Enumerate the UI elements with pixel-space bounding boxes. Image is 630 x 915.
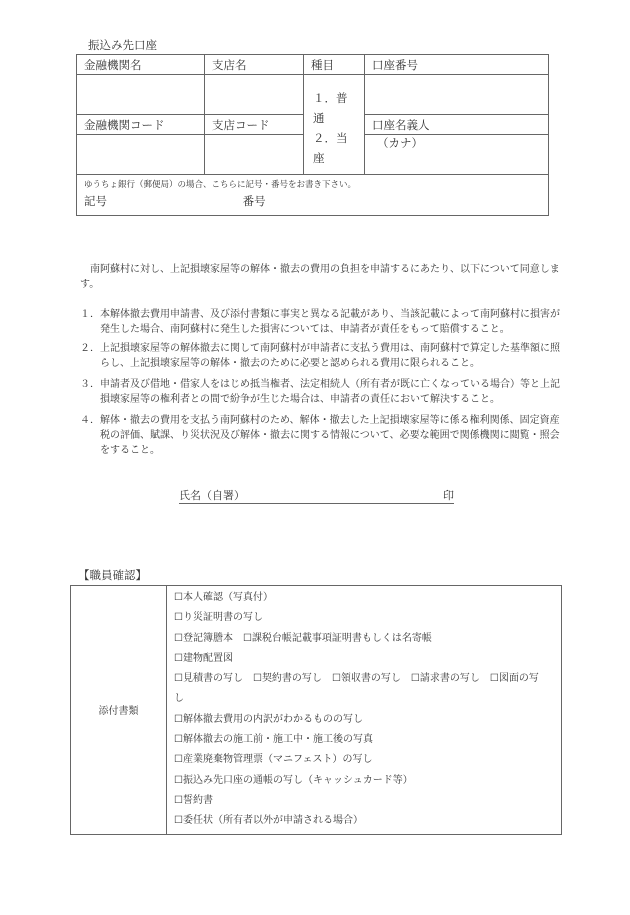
account-type-options[interactable]: １．普通 ２．当座	[304, 75, 365, 175]
signature-label: 氏名（自署）	[179, 487, 245, 503]
checkbox-icon[interactable]: ☐	[174, 612, 183, 623]
yucho-note: ゆうちょ銀行（郵便局）の場合、こちらに記号・番号をお書き下さい。	[84, 175, 541, 190]
check-item-disaster-certificate[interactable]: ☐り災証明書の写し	[174, 608, 561, 628]
clause-number: ４．	[80, 413, 100, 428]
clause-4: ４． 解体・撤去の費用を支払う南阿蘇村のため、解体・撤去した上記損壊家屋等に係る…	[80, 413, 560, 458]
checkbox-icon[interactable]: ☐	[411, 673, 420, 684]
checkbox-icon[interactable]: ☐	[174, 653, 183, 664]
branch-code-header: 支店コード	[205, 115, 304, 135]
attachments-checklist: ☐本人確認（写真付） ☐り災証明書の写し ☐登記簿謄本☐課税台帳記載事項証明書も…	[167, 586, 562, 835]
check-item-building-layout[interactable]: ☐建物配置図	[174, 649, 561, 669]
checkbox-icon[interactable]: ☐	[243, 633, 252, 644]
clause-text: 上記損壊家屋等の解体撤去に関して南阿蘇村が申請者に支払う費用は、南阿蘇村で算定し…	[100, 341, 560, 371]
branch-name-field[interactable]	[205, 75, 304, 115]
clause-1: １． 本解体撤去費用申請書、及び添付書類に事実と異なる記載があり、当該記載によっ…	[80, 307, 560, 337]
checkbox-icon[interactable]: ☐	[490, 673, 499, 684]
check-item-estimates[interactable]: ☐見積書の写し☐契約書の写し☐領収書の写し☐請求書の写し☐図面の写	[174, 669, 561, 689]
check-item-manifest[interactable]: ☐産業廃棄物管理票（マニフェスト）の写し	[174, 750, 561, 770]
clause-2: ２． 上記損壊家屋等の解体撤去に関して南阿蘇村が申請者に支払う費用は、南阿蘇村で…	[80, 341, 560, 371]
attachments-label: 添付書類	[71, 586, 167, 835]
yucho-number-label: 番号	[243, 193, 266, 209]
checkbox-icon[interactable]: ☐	[174, 775, 183, 786]
checkbox-icon[interactable]: ☐	[332, 673, 341, 684]
checkbox-icon[interactable]: ☐	[174, 592, 183, 603]
check-item-cost-breakdown[interactable]: ☐解体撤去費用の内訳がわかるものの写し	[174, 710, 561, 730]
checkbox-icon[interactable]: ☐	[174, 714, 183, 725]
institution-name-header: 金融機関名	[77, 55, 205, 75]
checkbox-icon[interactable]: ☐	[253, 673, 262, 684]
signature-field[interactable]: 氏名（自署） 印	[179, 487, 454, 504]
clause-number: １．	[80, 307, 100, 322]
check-item-wrap-continuation: し	[174, 689, 561, 709]
check-item-pledge[interactable]: ☐誓約書	[174, 791, 561, 811]
clause-3: ３． 申請者及び借地・借家人をはじめ抵当権者、法定相続人（所有者が既に亡くなって…	[80, 377, 560, 407]
check-item-registry[interactable]: ☐登記簿謄本☐課税台帳記載事項証明書もしくは名寄帳	[174, 629, 561, 649]
account-holder-kana-field[interactable]: （カナ）	[365, 135, 549, 175]
branch-code-field[interactable]	[205, 135, 304, 175]
account-holder-header: 口座名義人	[365, 115, 549, 135]
seal-label: 印	[443, 487, 454, 503]
clause-text: 解体・撤去の費用を支払う南阿蘇村のため、解体・撤去した上記損壊家屋等に係る権利関…	[100, 413, 560, 458]
branch-name-header: 支店名	[205, 55, 304, 75]
account-type-current[interactable]: ２．当座	[313, 128, 357, 168]
checkbox-icon[interactable]: ☐	[174, 795, 183, 806]
staff-check-title: 【職員確認】	[78, 567, 147, 583]
agreement-intro: 南阿蘇村に対し、上記損壊家屋等の解体・撤去の費用の負担を申請するにあたり、以下に…	[80, 262, 560, 292]
account-type-ordinary[interactable]: １．普通	[313, 88, 357, 128]
account-type-header: 種目	[304, 55, 365, 75]
checkbox-icon[interactable]: ☐	[174, 734, 183, 745]
institution-code-field[interactable]	[77, 135, 205, 175]
clause-text: 申請者及び借地・借家人をはじめ抵当権者、法定相続人（所有者が既に亡くなっている場…	[100, 377, 560, 407]
checkbox-icon[interactable]: ☐	[174, 815, 183, 826]
yucho-symbol-label: 記号	[84, 193, 239, 209]
clause-text: 本解体撤去費用申請書、及び添付書類に事実と異なる記載があり、当該記載によって南阿…	[100, 307, 560, 337]
institution-name-field[interactable]	[77, 75, 205, 115]
clause-number: ２．	[80, 341, 100, 356]
bank-section-title: 振込み先口座	[88, 37, 157, 53]
institution-code-header: 金融機関コード	[77, 115, 205, 135]
check-item-identity[interactable]: ☐本人確認（写真付）	[174, 588, 561, 608]
kana-label: （カナ）	[377, 136, 423, 150]
checkbox-icon[interactable]: ☐	[174, 633, 183, 644]
bank-account-table: 金融機関名 支店名 種目 口座番号 １．普通 ２．当座 金融機関コード 支店コー…	[76, 54, 549, 216]
checkbox-icon[interactable]: ☐	[174, 673, 183, 684]
checkbox-icon[interactable]: ☐	[174, 754, 183, 765]
account-number-header: 口座番号	[365, 55, 549, 75]
yucho-section: ゆうちょ銀行（郵便局）の場合、こちらに記号・番号をお書き下さい。 記号 番号	[77, 175, 549, 216]
check-item-passbook[interactable]: ☐振込み先口座の通帳の写し（キャッシュカード等）	[174, 771, 561, 791]
check-item-photos[interactable]: ☐解体撤去の施工前・施工中・施工後の写真	[174, 730, 561, 750]
staff-check-table: 添付書類 ☐本人確認（写真付） ☐り災証明書の写し ☐登記簿謄本☐課税台帳記載事…	[70, 585, 562, 835]
clause-number: ３．	[80, 377, 100, 392]
check-item-power-of-attorney[interactable]: ☐委任状（所有者以外が申請される場合）	[174, 811, 561, 831]
account-number-field[interactable]	[365, 75, 549, 115]
